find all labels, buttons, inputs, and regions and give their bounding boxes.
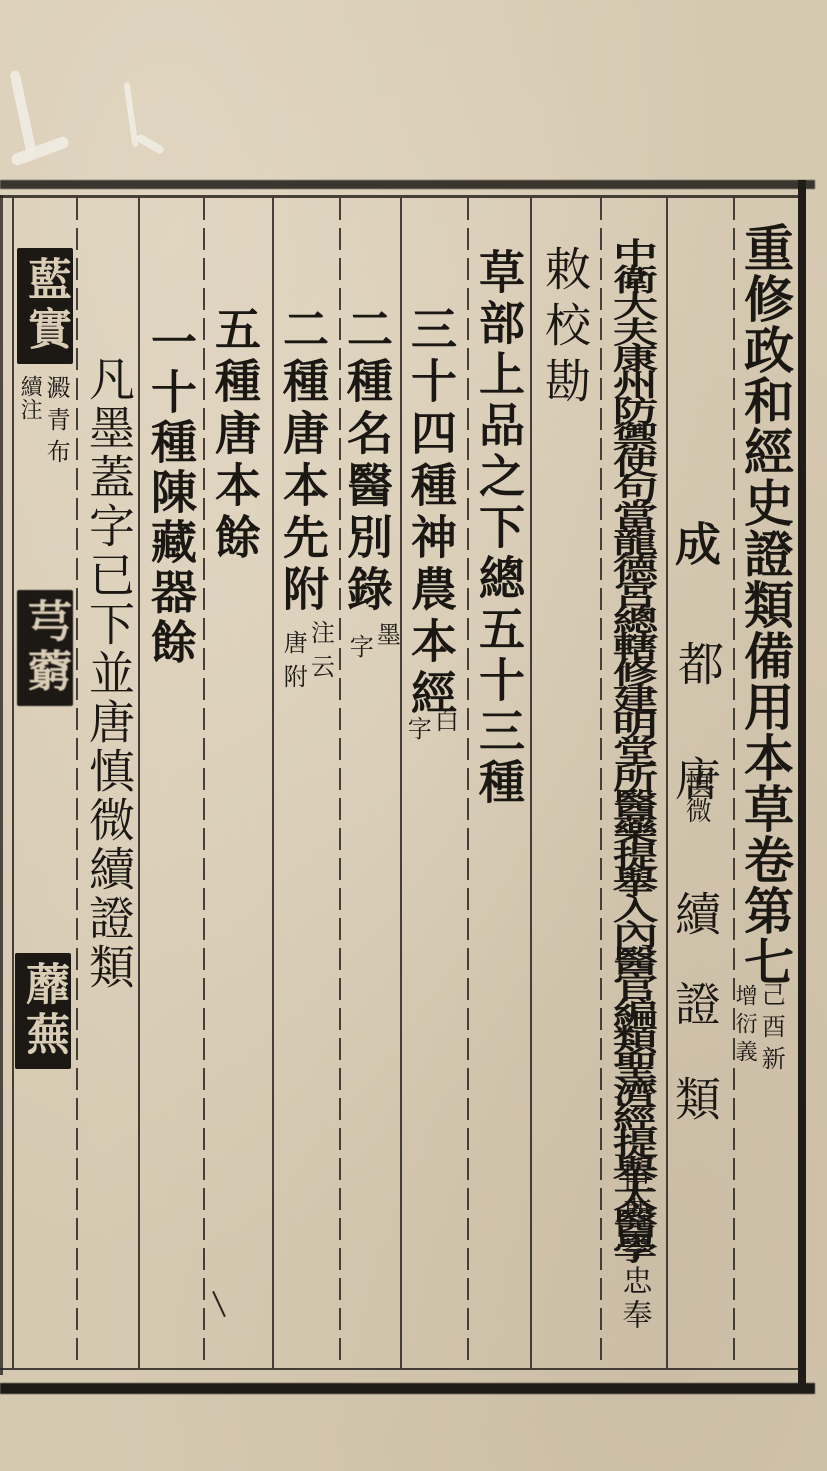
note-left: 續注: [18, 375, 41, 471]
column-rule: [400, 198, 402, 1368]
author-work-3: 類: [672, 1075, 718, 1123]
title-annotation: 己酉新 增衍義: [733, 982, 783, 1078]
column-rule: [203, 198, 205, 1368]
note-right: 澱青布: [43, 375, 68, 471]
column-rule: [467, 198, 469, 1368]
contents-item-shennong: 三十四種神農本經: [408, 305, 454, 721]
column-rule: [76, 198, 78, 1368]
column-rule: [733, 198, 735, 1368]
note-right: 注云: [307, 620, 332, 698]
contents-item-tangben-note: 注云 唐附: [280, 620, 332, 698]
note-right: 白: [431, 708, 456, 741]
contents-item-chencangqi: 一十種陳藏器餘: [148, 318, 194, 668]
title-annotation-left: 增衍義: [733, 984, 756, 1078]
author-work-1: 續: [672, 890, 718, 938]
column-rule: [600, 198, 602, 1368]
contents-footnote: 凡墨蓋字已下並唐慎微續證類: [86, 355, 132, 992]
imperial-order-line: 敕校勘: [542, 245, 588, 413]
column-rule: [12, 198, 14, 1368]
note-left: 字: [404, 716, 429, 741]
paper-damage-mark: [9, 70, 36, 155]
contents-item-tangben: 二種唐本先附: [280, 305, 326, 617]
contents-item-mingyi: 二種名醫別錄: [344, 305, 390, 617]
author-place-2: 都: [675, 640, 721, 688]
contents-item-mingyi-note: 墨 字: [346, 622, 398, 659]
margin-entry-xiongqiong: 芎藭: [17, 590, 73, 706]
author-place-1: 成: [672, 520, 718, 568]
official-title: 中衛大夫康州防禦使句當龍德宮總轄修建明堂所醫藥提舉入內醫官編類聖濟經提舉太醫學: [607, 238, 652, 1260]
contents-heading: 草部上品之下總五十三種: [476, 248, 522, 809]
frame-right-border: [798, 180, 806, 1392]
author-work-2: 證: [672, 980, 718, 1028]
margin-entry-miwu: 蘼蕪: [15, 953, 71, 1069]
margin-entry-lanshi-note: 澱青布 續注: [18, 375, 68, 471]
frame-bottom-border: [0, 1383, 815, 1394]
official-name-tail: 臣曹孝忠奉: [618, 1163, 650, 1333]
note-right: 墨: [373, 622, 398, 659]
contents-item-tangben-yu: 五種唐本餘: [212, 305, 258, 565]
margin-entry-lanshi: 藍實: [17, 248, 73, 364]
note-left: 唐附: [280, 630, 305, 698]
frame-top-border: [0, 180, 815, 189]
author-given-name-vertical: 慎微: [682, 770, 709, 824]
column-rule: [272, 198, 274, 1368]
column-rule: [530, 198, 532, 1368]
book-title: 重修政和經史證類備用本草卷第七: [740, 222, 790, 987]
column-rule: [138, 198, 140, 1368]
stray-ink-mark: [212, 1291, 226, 1317]
paper-damage-mark: [10, 135, 70, 167]
frame-left-border: [0, 195, 3, 1375]
paper-damage-mark: [135, 133, 165, 155]
note-left: 字: [346, 634, 371, 659]
contents-item-shennong-note: 白 字: [404, 708, 456, 741]
frame-bottom-inner-rule: [0, 1368, 800, 1370]
title-annotation-right: 己酉新: [758, 982, 783, 1078]
